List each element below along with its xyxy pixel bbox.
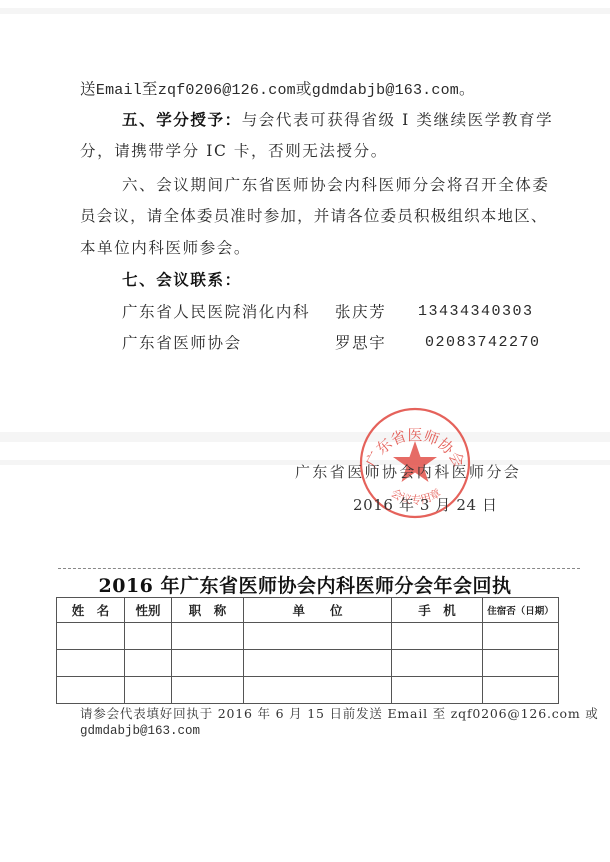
table-row xyxy=(57,677,559,704)
cell-gender[interactable] xyxy=(125,623,172,650)
section-6-line-1: 六、会议期间广东省医师协会内科医师分会将召开全体委 xyxy=(122,175,550,195)
section-6-line-2: 员会议，请全体委员准时参加，并请各位委员积极组织本地区、 xyxy=(80,206,548,226)
cell-gender[interactable] xyxy=(125,650,172,677)
section-7-heading: 七、会议联系： xyxy=(122,270,242,290)
contact-name: 罗思宇 xyxy=(335,333,386,353)
cell-title[interactable] xyxy=(172,677,244,704)
column-header-mobile: 手 机 xyxy=(392,598,483,623)
rsvp-form-title: 2016 年广东省医师协会内科医师分会年会回执 xyxy=(0,571,610,598)
section-5-heading: 五、学分授予： xyxy=(122,110,242,129)
cell-gender[interactable] xyxy=(125,677,172,704)
cell-lodging[interactable] xyxy=(483,650,559,677)
email-link-163[interactable]: gdmdabjb@163.com xyxy=(312,82,459,99)
cell-lodging[interactable] xyxy=(483,677,559,704)
table-row xyxy=(57,650,559,677)
scan-artifact xyxy=(0,432,610,442)
rsvp-note-line-2: gdmdabjb@163.com xyxy=(80,722,200,739)
cell-title[interactable] xyxy=(172,650,244,677)
table-row xyxy=(57,623,559,650)
column-header-title: 职 称 xyxy=(172,598,244,623)
column-header-name: 姓 名 xyxy=(57,598,125,623)
section-6-line-3: 本单位内科医师参会。 xyxy=(80,238,251,258)
column-header-unit: 单 位 xyxy=(244,598,392,623)
contact-phone: 13434340303 xyxy=(418,302,534,322)
contact-row: 广东省人民医院消化内科 张庆芳 13434340303 xyxy=(122,302,542,322)
rsvp-table: 姓 名 性别 职 称 单 位 手 机 住宿否（日期） xyxy=(56,597,559,704)
cell-title[interactable] xyxy=(172,623,244,650)
cell-name[interactable] xyxy=(57,650,125,677)
contact-name: 张庆芳 xyxy=(335,302,386,322)
cell-name[interactable] xyxy=(57,623,125,650)
contact-phone: 02083742270 xyxy=(425,333,541,353)
section-5-line-2: 分，请携带学分 IC 卡，否则无法授分。 xyxy=(80,141,388,161)
table-header-row: 姓 名 性别 职 称 单 位 手 机 住宿否（日期） xyxy=(57,598,559,623)
cell-lodging[interactable] xyxy=(483,623,559,650)
rsvp-note-line-1: 请参会代表填好回执于 2016 年 6 月 15 日前发送 Email 至 zq… xyxy=(80,706,599,721)
cut-line-divider xyxy=(58,568,580,569)
signature-date: 2016 年 3 月 24 日 xyxy=(353,494,498,515)
cell-mobile[interactable] xyxy=(392,623,483,650)
email-link-163[interactable]: gdmdabjb@163.com xyxy=(80,724,200,738)
cell-unit[interactable] xyxy=(244,677,392,704)
column-header-gender: 性别 xyxy=(125,598,172,623)
contact-row: 广东省医师协会 罗思宇 02083742270 xyxy=(122,333,542,353)
contact-org: 广东省医师协会 xyxy=(122,333,242,353)
cell-mobile[interactable] xyxy=(392,677,483,704)
column-header-lodging: 住宿否（日期） xyxy=(483,598,559,623)
email-link-126[interactable]: zqf0206@126.com xyxy=(158,82,296,99)
email-instruction-line: 送Email至zqf0206@126.com或gdmdabjb@163.com。 xyxy=(80,79,475,101)
section-5-line-1: 五、学分授予：与会代表可获得省级 I 类继续医学教育学 xyxy=(122,110,553,130)
cell-unit[interactable] xyxy=(244,650,392,677)
scan-artifact xyxy=(0,8,610,14)
cell-mobile[interactable] xyxy=(392,650,483,677)
cell-unit[interactable] xyxy=(244,623,392,650)
cell-name[interactable] xyxy=(57,677,125,704)
contact-org: 广东省人民医院消化内科 xyxy=(122,302,310,322)
signature-org: 广东省医师协会内科医师分会 xyxy=(295,461,521,482)
